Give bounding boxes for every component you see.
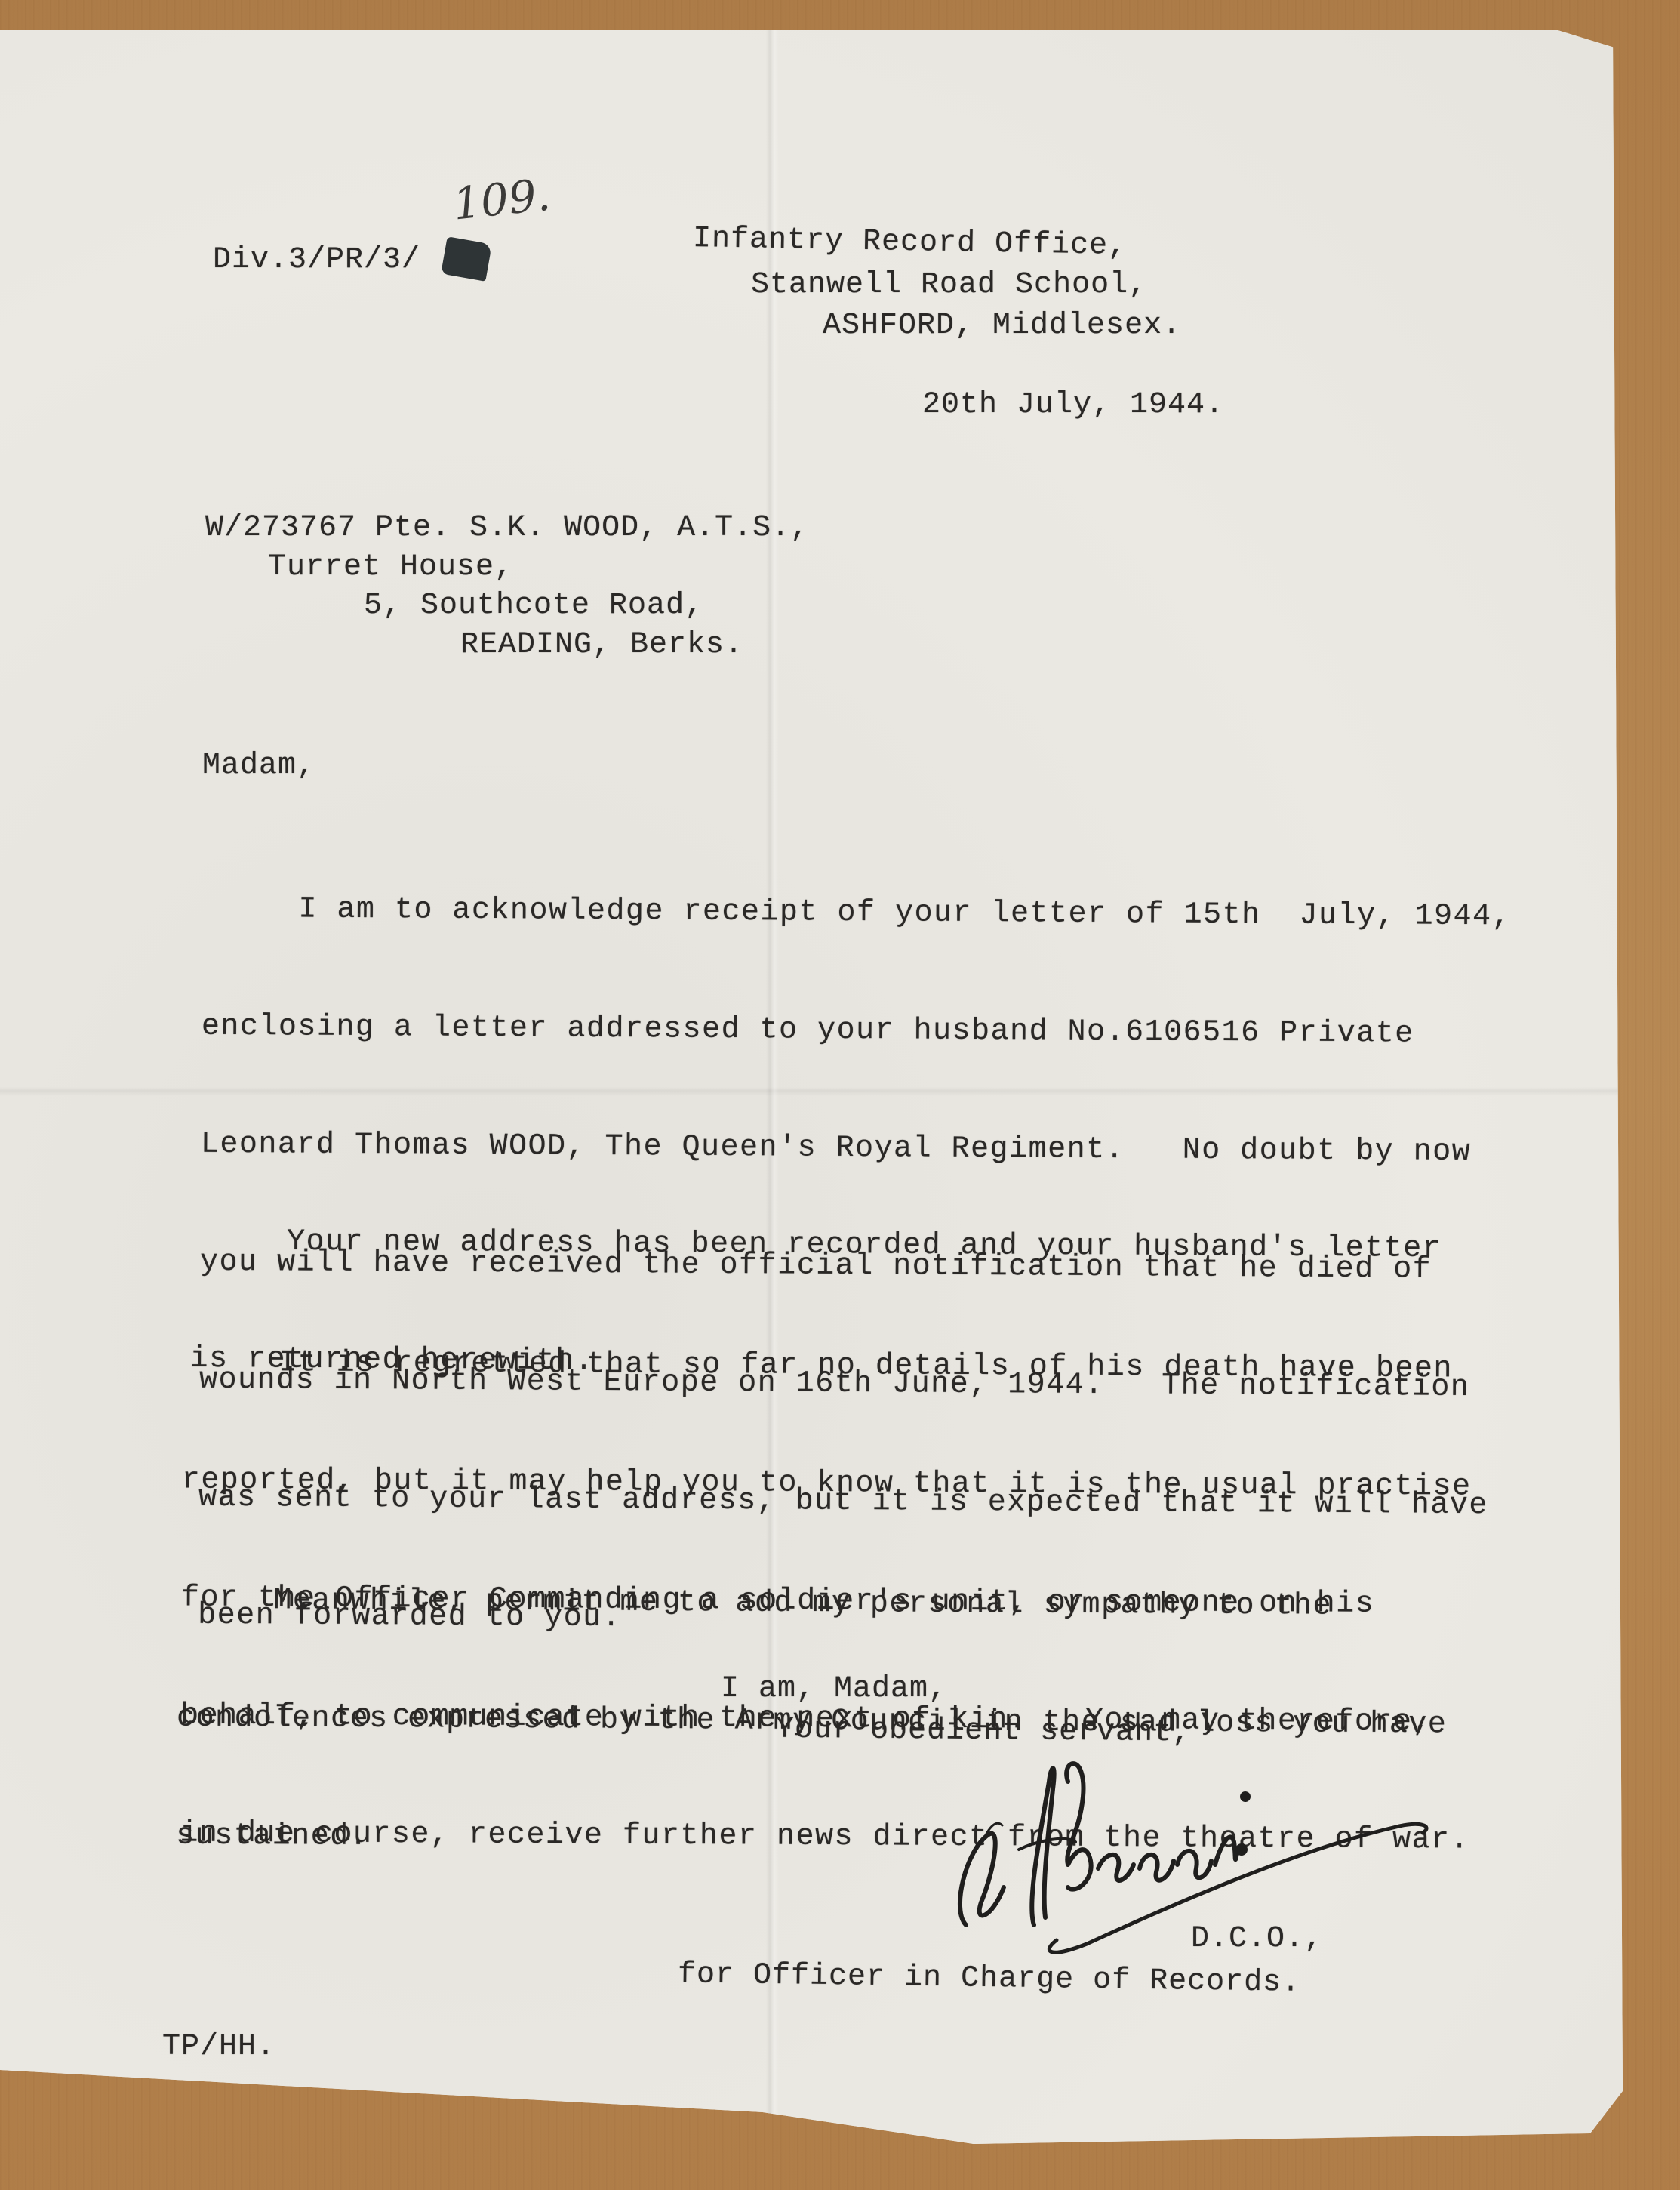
recipient-address-line: Turret House, [268, 553, 513, 583]
signatory-title: D.C.O., [1191, 1924, 1323, 1954]
letter-date: 20th July, 1944. [922, 390, 1224, 420]
paragraph-line: enclosing a letter addressed to your hus… [202, 1008, 1511, 1055]
salutation: Madam, [202, 751, 315, 781]
letter-paper: Div.3/PR/3/ 109. Infantry Record Office,… [0, 30, 1623, 2144]
reference-number: Div.3/PR/3/ [213, 245, 420, 276]
recipient-address-line: READING, Berks. [460, 630, 743, 661]
paragraph-line: It is regretted that so far no details o… [183, 1344, 1472, 1390]
paragraph-line: Meanwhile, permit me to add my personal … [177, 1582, 1448, 1628]
sender-address-line: Infantry Record Office, [693, 224, 1128, 262]
sender-address-line: ASHFORD, Middlesex. [823, 311, 1181, 341]
handwritten-reference-number: 109. [451, 168, 553, 229]
paragraph-line: reported, but it may help you to know th… [182, 1462, 1472, 1508]
typist-initials: TP/HH. [162, 2032, 275, 2062]
paragraph-line: Your new address has been recorded and y… [190, 1222, 1442, 1269]
recipient-address-line: 5, Southcote Road, [364, 591, 703, 621]
struck-out-number [441, 236, 492, 282]
sender-address-line: Stanwell Road School, [751, 270, 1147, 300]
signatory-role: for Officer in Charge of Records. [678, 1960, 1301, 1999]
recipient-address-line: W/273767 Pte. S.K. WOOD, A.T.S., [205, 513, 809, 544]
closing-line-1: I am, Madam, [721, 1674, 947, 1705]
paragraph-line: I am to acknowledge receipt of your lett… [202, 890, 1512, 938]
